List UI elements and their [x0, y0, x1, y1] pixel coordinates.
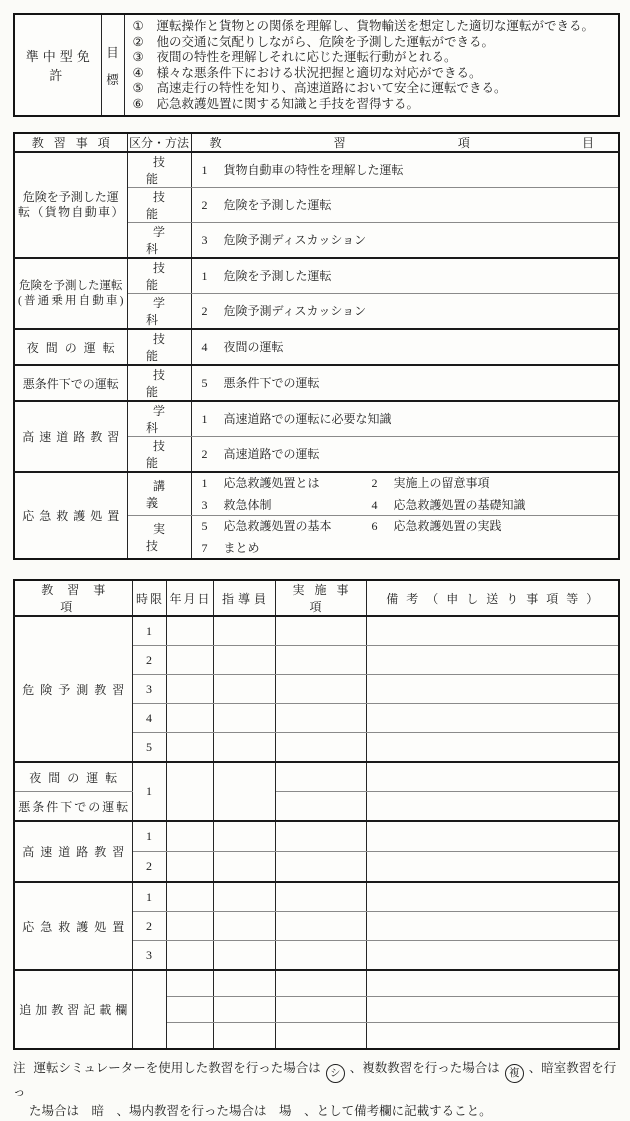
footnote-line2: た場合は 暗 、場内教習を行った場合は 場 、として備考欄に記載すること。	[13, 1102, 618, 1121]
record-cell-date	[166, 646, 213, 675]
table-row: 準中型免許 目 標 ①運転操作と貨物との関係を理解し、貨物輸送を想定した適切な運…	[14, 14, 619, 116]
record-cell-remarks	[366, 821, 619, 852]
record-cell-conduct	[275, 912, 366, 941]
record-header-date: 年月日	[166, 580, 213, 616]
period-cell: 1	[132, 882, 166, 912]
table-row: 応急救護処置 講義 1応急救護処置とは 2実施上の留意事項 3救急体制 4応急救…	[14, 472, 619, 516]
lecture-item: 3救急体制	[202, 498, 372, 512]
method-cell: 技能	[127, 258, 191, 294]
objective-item: ①運転操作と貨物との関係を理解し、貨物輸送を想定した適切な運転ができる。	[133, 19, 613, 35]
objective-text: 他の交通に気配りしながら、危険を予測した運転ができる。	[157, 35, 495, 51]
record-header-remarks: 備考（申し送り事項等）	[366, 580, 619, 616]
objective-text: 高速走行の特性を知り、高速道路において安全に運転できる。	[157, 81, 507, 97]
subject-number: 3	[202, 498, 224, 512]
lecture-item: 4応急救護処置の基礎知識	[372, 498, 619, 512]
objective-number: ⑤	[133, 81, 148, 97]
record-cell-instructor	[213, 675, 275, 704]
record-cell-date	[166, 852, 213, 883]
objective-number: ③	[133, 50, 148, 66]
objective-text: 様々な悪条件下における状況把握と適切な対応ができる。	[157, 66, 482, 82]
objectives-list-cell: ①運転操作と貨物との関係を理解し、貨物輸送を想定した適切な運転ができる。 ②他の…	[124, 14, 619, 116]
footnote-text: 運転シミュレーターを使用した教習を行った場合は	[34, 1061, 321, 1075]
record-cell-conduct	[275, 852, 366, 883]
record-cell-date	[166, 970, 213, 997]
table-row: 夜間の運転 技能 4夜間の運転	[14, 329, 619, 365]
record-cell-conduct	[275, 762, 366, 792]
subject-number: 2	[202, 447, 224, 461]
footnote: 注運転シミュレーターを使用した教習を行った場合はシ、複数教習を行った場合は複、暗…	[13, 1059, 618, 1121]
subject-text: 応急救護処置の実践	[394, 519, 502, 533]
table-row: 悪条件下での運転	[14, 792, 619, 822]
subject-number: 7	[202, 541, 224, 555]
record-item-night: 夜間の運転	[14, 762, 132, 792]
record-cell-instructor	[213, 852, 275, 883]
subject-number: 1	[202, 412, 224, 426]
record-cell-instructor	[213, 762, 275, 821]
table-row: 危険予測教習 1	[14, 616, 619, 646]
subject-text: 危険を予測した運転	[224, 269, 332, 283]
period-cell: 1	[132, 762, 166, 821]
record-cell-conduct	[275, 733, 366, 763]
curriculum-header-method: 区分・方法	[127, 133, 191, 152]
record-cell-remarks	[366, 970, 619, 997]
subject-text: 実施上の留意事項	[394, 476, 490, 490]
simulator-mark-circle: シ	[326, 1064, 345, 1083]
curriculum-item-night: 夜間の運転	[14, 329, 127, 365]
method-cell: 学科	[127, 223, 191, 259]
record-cell-date	[166, 941, 213, 971]
curriculum-item-cargo: 危険を予測した運転（貨物自動車）	[14, 152, 127, 258]
subject-cell-practice: 5応急救護処置の基本 6応急救護処置の実践 7まとめ	[191, 516, 619, 560]
period-cell: 2	[132, 646, 166, 675]
curriculum-header-subject-chars: 教 習 項 目	[192, 134, 619, 151]
record-cell-conduct	[275, 616, 366, 646]
subject-number: 2	[202, 198, 224, 212]
subject-text: 救急体制	[224, 498, 272, 512]
objective-item: ③夜間の特性を理解しそれに応じた運転行動がとれる。	[133, 50, 613, 66]
objective-number: ⑥	[133, 97, 148, 113]
record-cell-instructor	[213, 1023, 275, 1050]
table-row: 追加教習記載欄	[14, 970, 619, 997]
record-cell-instructor	[213, 646, 275, 675]
period-cell: 1	[132, 616, 166, 646]
record-cell-date	[166, 1023, 213, 1050]
record-cell-date	[166, 997, 213, 1023]
record-cell-instructor	[213, 821, 275, 852]
period-cell-empty	[132, 970, 166, 1049]
objective-text: 夜間の特性を理解しそれに応じた運転行動がとれる。	[157, 50, 457, 66]
record-cell-conduct	[275, 1023, 366, 1050]
record-header-instructor: 指導員	[213, 580, 275, 616]
subject-text: 危険を予測した運転	[224, 198, 332, 212]
record-cell-instructor	[213, 997, 275, 1023]
method-cell: 技能	[127, 329, 191, 365]
objective-item: ④様々な悪条件下における状況把握と適切な対応ができる。	[133, 66, 613, 82]
practice-item: 5応急救護処置の基本	[202, 519, 372, 533]
subject-text: 応急救護処置の基本	[224, 519, 332, 533]
subject-number: 3	[202, 233, 224, 247]
record-cell-date	[166, 912, 213, 941]
table-row: 高速道路教習 1	[14, 821, 619, 852]
period-cell: 5	[132, 733, 166, 763]
period-cell: 4	[132, 704, 166, 733]
record-cell-remarks	[366, 941, 619, 971]
record-cell-instructor	[213, 733, 275, 763]
record-cell-remarks	[366, 882, 619, 912]
period-cell: 1	[132, 821, 166, 852]
practice-items: 5応急救護処置の基本 6応急救護処置の実践 7まとめ	[192, 516, 619, 558]
practice-item: 6応急救護処置の実践	[372, 519, 619, 533]
subject-text: 悪条件下での運転	[224, 376, 320, 390]
objective-number: ④	[133, 66, 148, 82]
method-cell: 学科	[127, 294, 191, 330]
table-row: 危険を予測した運転(普通乗用自動車) 技能 1危険を予測した運転	[14, 258, 619, 294]
subject-number: 6	[372, 519, 394, 533]
subject-cell: 1高速道路での運転に必要な知識	[191, 401, 619, 437]
curriculum-table: 教習事項 区分・方法 教 習 項 目 危険を予測した運転（貨物自動車） 技能 1…	[13, 132, 620, 560]
subject-header-char: 教	[210, 134, 222, 151]
curriculum-item-passenger: 危険を予測した運転(普通乗用自動車)	[14, 258, 127, 329]
footnote-text: 、として備考欄に記載すること。	[292, 1104, 492, 1118]
subject-header-char: 目	[582, 134, 594, 151]
objective-item: ⑥応急救護処置に関する知識と手技を習得する。	[133, 97, 613, 113]
record-cell-instructor	[213, 970, 275, 997]
multiple-training-mark-circle: 複	[505, 1064, 524, 1083]
record-cell-date	[166, 821, 213, 852]
method-cell: 技能	[127, 437, 191, 473]
subject-text: 高速道路での運転に必要な知識	[224, 412, 392, 426]
subject-cell: 1貨物自動車の特性を理解した運転	[191, 152, 619, 188]
objective-number: ②	[133, 35, 148, 51]
record-cell-remarks	[366, 792, 619, 822]
period-cell: 3	[132, 941, 166, 971]
record-cell-remarks	[366, 762, 619, 792]
record-cell-instructor	[213, 704, 275, 733]
record-cell-conduct	[275, 704, 366, 733]
subject-number: 1	[202, 269, 224, 283]
footnote-text: 、場内教習を行った場合は	[104, 1104, 279, 1118]
period-cell: 2	[132, 912, 166, 941]
curriculum-item-firstaid: 応急救護処置	[14, 472, 127, 559]
record-cell-conduct	[275, 970, 366, 997]
lecture-item: 2実施上の留意事項	[372, 476, 619, 490]
method-cell: 講義	[127, 472, 191, 516]
record-cell-conduct	[275, 882, 366, 912]
record-cell-conduct	[275, 997, 366, 1023]
table-row: 教習事項 区分・方法 教 習 項 目	[14, 133, 619, 152]
record-cell-date	[166, 733, 213, 763]
record-cell-conduct	[275, 821, 366, 852]
record-cell-remarks	[366, 616, 619, 646]
objectives-label: 目 標	[102, 43, 124, 88]
record-header-conduct: 実施事項	[275, 580, 366, 616]
subject-header-char: 習	[334, 134, 346, 151]
subject-cell: 4夜間の運転	[191, 329, 619, 365]
subject-number: 5	[202, 519, 224, 533]
method-cell: 技能	[127, 365, 191, 401]
footnote-text: 、複数教習を行った場合は	[350, 1061, 500, 1075]
record-item-hazard: 危険予測教習	[14, 616, 132, 762]
subject-cell: 1危険を予測した運転	[191, 258, 619, 294]
license-objectives-table: 準中型免許 目 標 ①運転操作と貨物との関係を理解し、貨物輸送を想定した適切な運…	[13, 13, 620, 117]
license-name-cell: 準中型免許	[14, 14, 101, 116]
subject-text: まとめ	[224, 541, 260, 555]
period-cell: 2	[132, 852, 166, 883]
record-cell-date	[166, 704, 213, 733]
record-cell-date	[166, 616, 213, 646]
record-cell-date	[166, 882, 213, 912]
table-row: 高速道路教習 学科 1高速道路での運転に必要な知識	[14, 401, 619, 437]
record-cell-remarks	[366, 704, 619, 733]
record-item-additional: 追加教習記載欄	[14, 970, 132, 1049]
lecture-items: 1応急救護処置とは 2実施上の留意事項 3救急体制 4応急救護処置の基礎知識	[192, 473, 619, 515]
record-cell-date	[166, 762, 213, 821]
record-cell-remarks	[366, 733, 619, 763]
subject-number: 2	[202, 304, 224, 318]
footnote-prefix: 注	[13, 1061, 26, 1075]
footnote-text: た場合は	[29, 1104, 92, 1118]
method-cell: 技能	[127, 188, 191, 223]
table-row: 教習事項 時限 年月日 指導員 実施事項 備考（申し送り事項等）	[14, 580, 619, 616]
objective-number: ①	[133, 19, 148, 35]
subject-number: 5	[202, 376, 224, 390]
objective-text: 運転操作と貨物との関係を理解し、貨物輸送を想定した適切な運転ができる。	[157, 19, 595, 35]
curriculum-header-subject: 教 習 項 目	[191, 133, 619, 152]
objectives-label-cell: 目 標	[101, 14, 124, 116]
record-item-firstaid: 応急救護処置	[14, 882, 132, 970]
footnote-line1: 注運転シミュレーターを使用した教習を行った場合はシ、複数教習を行った場合は複、暗…	[13, 1059, 618, 1102]
subject-cell: 2高速道路での運転	[191, 437, 619, 473]
subject-text: 高速道路での運転	[224, 447, 320, 461]
table-row: 応急救護処置 1	[14, 882, 619, 912]
objective-item: ⑤高速走行の特性を知り、高速道路において安全に運転できる。	[133, 81, 613, 97]
subject-cell-lecture: 1応急救護処置とは 2実施上の留意事項 3救急体制 4応急救護処置の基礎知識	[191, 472, 619, 516]
subject-cell: 5悪条件下での運転	[191, 365, 619, 401]
method-cell: 学科	[127, 401, 191, 437]
subject-text: 危険予測ディスカッション	[224, 233, 367, 247]
record-cell-instructor	[213, 616, 275, 646]
practice-item: 7まとめ	[202, 541, 372, 555]
objective-text: 応急救護処置に関する知識と手技を習得する。	[157, 97, 420, 113]
subject-text: 危険予測ディスカッション	[224, 304, 367, 318]
record-cell-remarks	[366, 1023, 619, 1050]
subject-number: 4	[202, 340, 224, 354]
subject-text: 夜間の運転	[224, 340, 284, 354]
objectives-label-bottom: 標	[106, 70, 119, 88]
ground-mark: 場	[279, 1104, 292, 1118]
subject-cell: 3危険予測ディスカッション	[191, 223, 619, 259]
method-cell: 実技	[127, 516, 191, 560]
objectives-label-top: 目	[106, 43, 119, 61]
subject-text: 応急救護処置の基礎知識	[394, 498, 526, 512]
record-cell-remarks	[366, 852, 619, 883]
subject-cell: 2危険を予測した運転	[191, 188, 619, 223]
record-cell-conduct	[275, 941, 366, 971]
document-sheet: 準中型免許 目 標 ①運転操作と貨物との関係を理解し、貨物輸送を想定した適切な運…	[0, 0, 630, 903]
subject-text: 貨物自動車の特性を理解した運転	[224, 163, 404, 177]
darkroom-mark: 暗	[92, 1104, 105, 1118]
subject-number: 2	[372, 476, 394, 490]
curriculum-item-adverse: 悪条件下での運転	[14, 365, 127, 401]
subject-cell: 2危険予測ディスカッション	[191, 294, 619, 330]
record-cell-instructor	[213, 941, 275, 971]
record-item-highway: 高速道路教習	[14, 821, 132, 882]
record-cell-conduct	[275, 675, 366, 704]
subject-number: 4	[372, 498, 394, 512]
record-header-item: 教習事項	[14, 580, 132, 616]
table-row: 夜間の運転 1	[14, 762, 619, 792]
lecture-item: 1応急救護処置とは	[202, 476, 372, 490]
subject-number: 1	[202, 476, 224, 490]
table-row: 悪条件下での運転 技能 5悪条件下での運転	[14, 365, 619, 401]
record-item-adverse: 悪条件下での運転	[14, 792, 132, 822]
method-cell: 技能	[127, 152, 191, 188]
curriculum-item-highway: 高速道路教習	[14, 401, 127, 472]
objective-item: ②他の交通に気配りしながら、危険を予測した運転ができる。	[133, 35, 613, 51]
record-cell-remarks	[366, 646, 619, 675]
subject-number: 1	[202, 163, 224, 177]
table-row: 危険を予測した運転（貨物自動車） 技能 1貨物自動車の特性を理解した運転	[14, 152, 619, 188]
record-header-period: 時限	[132, 580, 166, 616]
subject-text: 応急救護処置とは	[224, 476, 320, 490]
record-cell-remarks	[366, 675, 619, 704]
record-cell-instructor	[213, 912, 275, 941]
record-cell-remarks	[366, 997, 619, 1023]
subject-header-char: 項	[458, 134, 470, 151]
record-cell-conduct	[275, 792, 366, 822]
record-cell-date	[166, 675, 213, 704]
curriculum-header-item: 教習事項	[14, 133, 127, 152]
training-record-table: 教習事項 時限 年月日 指導員 実施事項 備考（申し送り事項等） 危険予測教習 …	[13, 579, 620, 1050]
record-cell-conduct	[275, 646, 366, 675]
record-cell-remarks	[366, 912, 619, 941]
period-cell: 3	[132, 675, 166, 704]
record-cell-instructor	[213, 882, 275, 912]
